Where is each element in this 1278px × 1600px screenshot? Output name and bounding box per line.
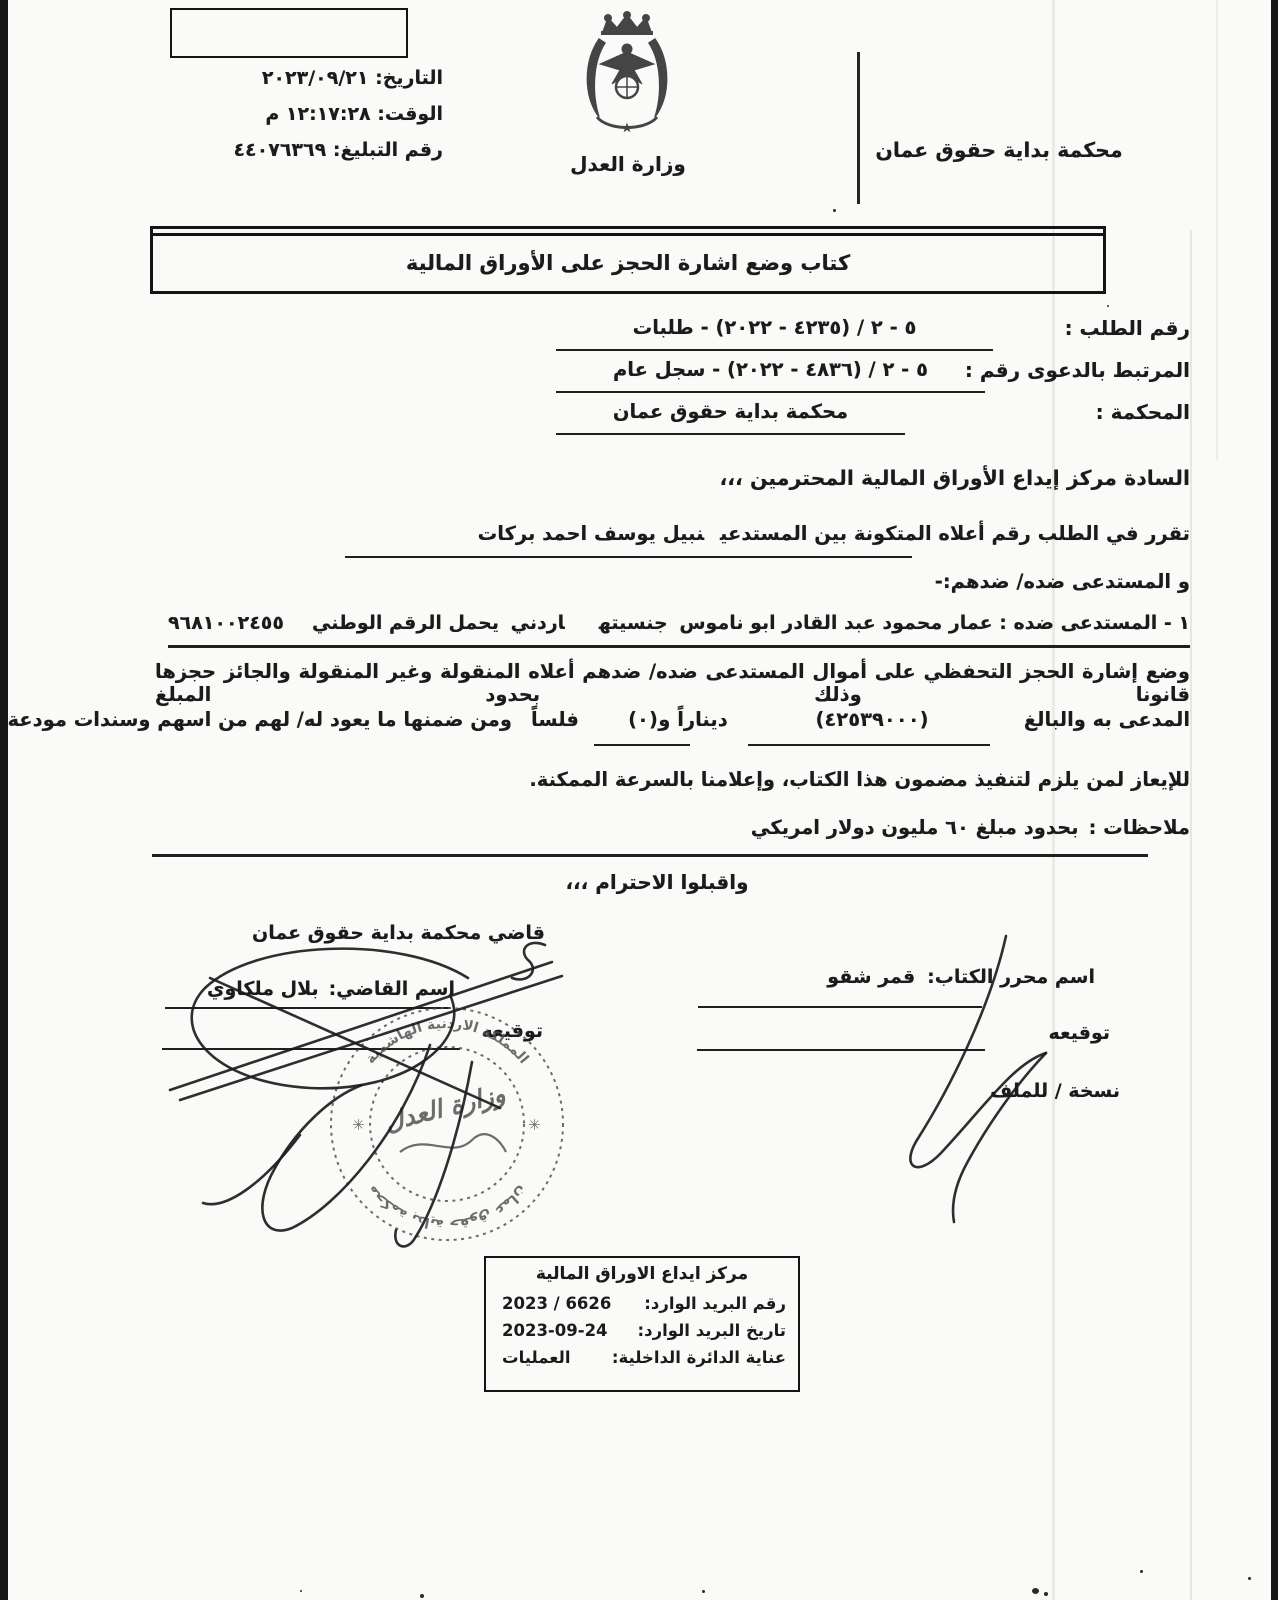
- court-seal-stamp: المملكة الاردنية الهاشمية محكمة بداية حق…: [331, 1008, 563, 1240]
- scan-speckle: [1140, 1570, 1143, 1573]
- receipt-row-mail-no: رقم البريد الوارد: 2023 / 6626: [486, 1290, 798, 1317]
- seal-asterisk-left: ✳: [352, 1116, 365, 1134]
- department-label: عناية الدائرة الداخلية:: [612, 1344, 786, 1371]
- scan-speckle: [1032, 1588, 1039, 1594]
- depository-receipt-box: مركز ايداع الاوراق المالية رقم البريد ال…: [484, 1256, 800, 1392]
- scan-speckle: [702, 1590, 705, 1593]
- receipt-row-mail-date: تاريخ البريد الوارد: 2023-09-24: [486, 1317, 798, 1344]
- mail-no-value: 2023 / 6626: [502, 1290, 611, 1317]
- receipt-box-title: مركز ايداع الاوراق المالية: [486, 1258, 798, 1290]
- scan-speckle: [300, 1590, 302, 1592]
- scanned-court-document: التاريخ: ٢٠٢٣/٠٩/٢١ الوقت: ١٢:١٧:٢٨ م رق…: [0, 0, 1278, 1600]
- seal-center-text: وزارة العدل: [382, 1079, 508, 1138]
- department-value: العمليات: [502, 1344, 570, 1371]
- scan-speckle: [1107, 305, 1109, 307]
- receipt-row-department: عناية الدائرة الداخلية: العمليات: [486, 1344, 798, 1371]
- mail-date-value: 2023-09-24: [502, 1317, 608, 1344]
- mail-no-label: رقم البريد الوارد:: [644, 1290, 786, 1317]
- mail-date-label: تاريخ البريد الوارد:: [638, 1317, 786, 1344]
- scan-speckle: [1044, 1592, 1048, 1596]
- scan-speckle: [420, 1594, 424, 1598]
- seal-asterisk-right: ✳: [528, 1116, 541, 1134]
- scan-speckle: [833, 209, 836, 212]
- clerk-signature: [910, 936, 1046, 1222]
- scan-speckle: [1248, 1577, 1251, 1580]
